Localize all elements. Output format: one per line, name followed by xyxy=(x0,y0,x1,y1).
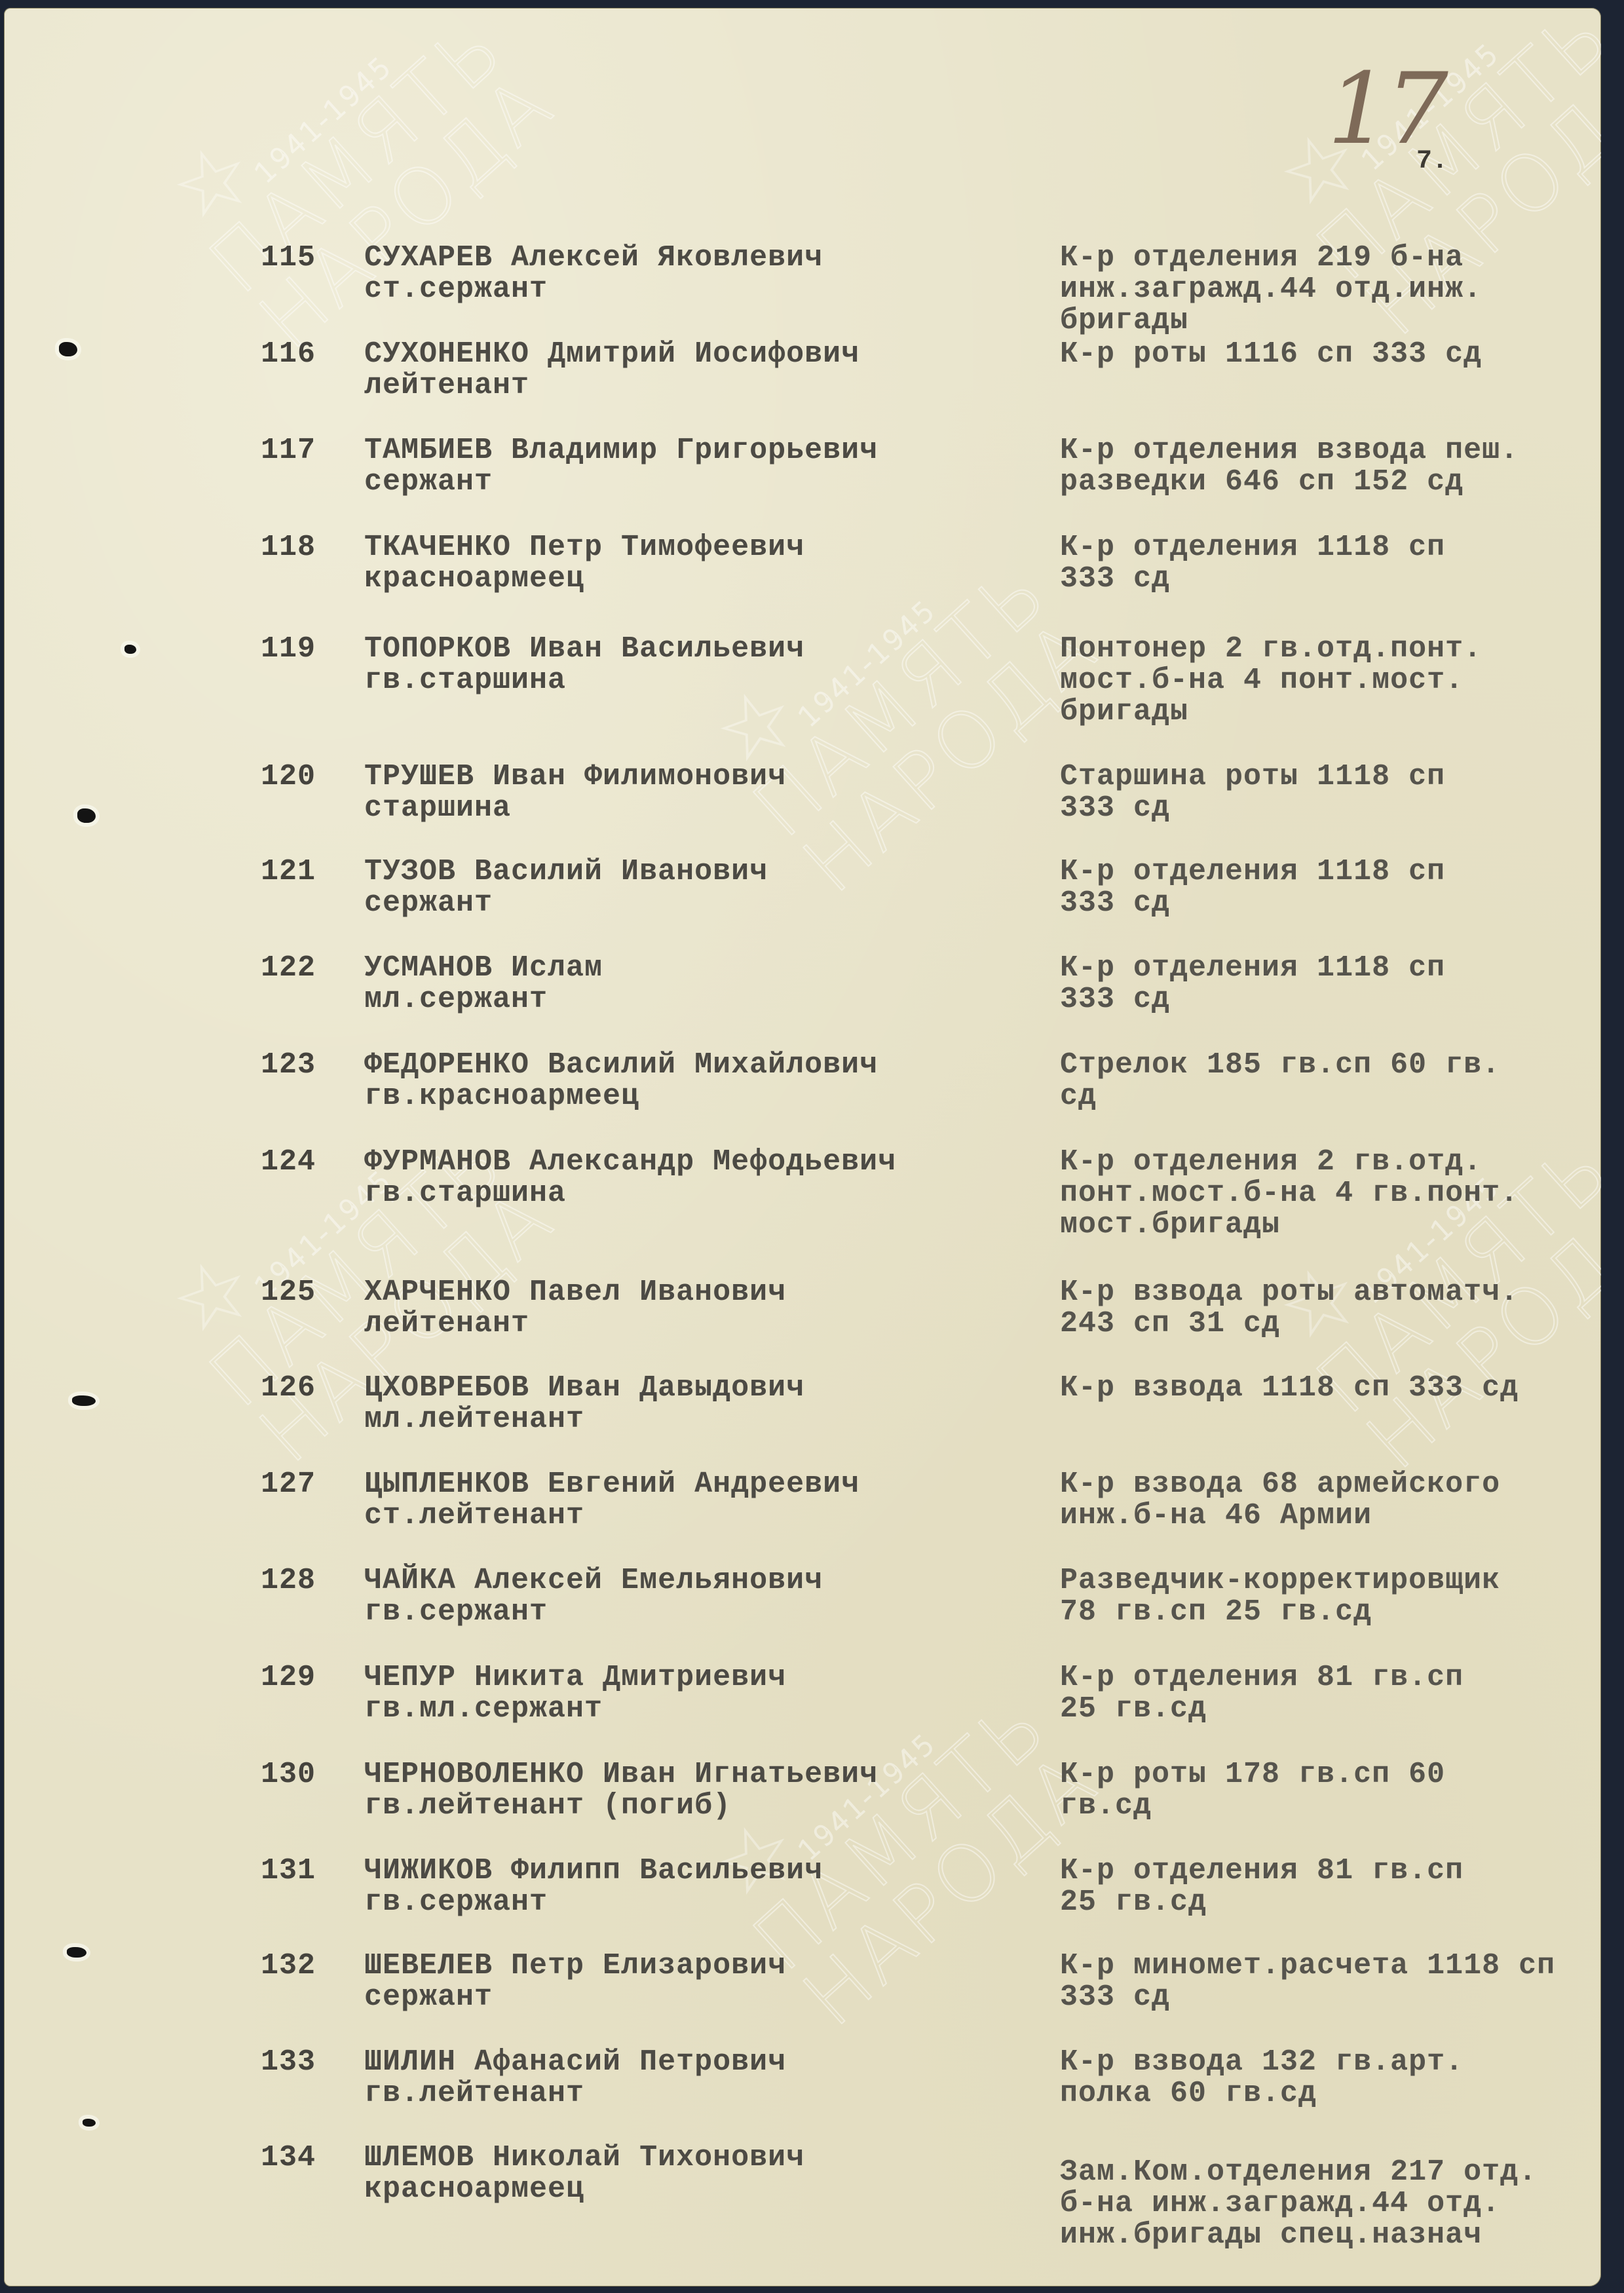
entry-position: К-р отделения взвода пеш. разведки 646 с… xyxy=(1060,435,1597,498)
entry-position: Зам.Ком.отделения 217 отд. б-на инж.загр… xyxy=(1060,2157,1597,2251)
entry-number: 128 xyxy=(261,1565,316,1597)
entry-name: ЧЕРНОВОЛЕНКО Иван Игнатьевич xyxy=(364,1759,878,1791)
entry-number: 130 xyxy=(261,1759,316,1791)
entry-number: 124 xyxy=(261,1146,316,1178)
entry-position: К-р миномет.расчета 1118 сп 333 сд xyxy=(1060,1950,1597,2013)
entry-number: 129 xyxy=(261,1662,316,1694)
entry-position: К-р отделения 1118 сп 333 сд xyxy=(1060,856,1597,919)
entry-rank: лейтенант xyxy=(364,1308,529,1340)
entry-rank: мл.сержант xyxy=(364,984,548,1015)
entry-position: Стрелок 185 гв.сп 60 гв. сд xyxy=(1060,1050,1597,1112)
entry-name: ЧИЖИКОВ Филипп Васильевич xyxy=(364,1855,823,1887)
entry-position: К-р взвода роты автоматч. 243 сп 31 сд xyxy=(1060,1277,1597,1340)
entry-rank: красноармеец xyxy=(364,2174,584,2205)
entry-rank: гв.старшина xyxy=(364,665,566,696)
entry-name: ТКАЧЕНКО Петр Тимофеевич xyxy=(364,532,804,563)
entry-name: ЧАЙКА Алексей Емельянович xyxy=(364,1565,823,1597)
entry-number: 133 xyxy=(261,2047,316,2078)
entry-name: ШИЛИН Афанасий Петрович xyxy=(364,2047,786,2078)
entry-number: 117 xyxy=(261,435,316,466)
entry-number: 119 xyxy=(261,634,316,665)
entry-rank: ст.сержант xyxy=(364,274,548,305)
entry-position: К-р отделения 81 гв.сп 25 гв.сд xyxy=(1060,1662,1597,1725)
entry-rank: ст.лейтенант xyxy=(364,1500,584,1532)
entry-number: 132 xyxy=(261,1950,316,1982)
entry-number: 123 xyxy=(261,1050,316,1081)
entry-rank: сержант xyxy=(364,888,493,919)
entry-rank: гв.старшина xyxy=(364,1178,566,1209)
entry-position: К-р роты 178 гв.сп 60 гв.сд xyxy=(1060,1759,1597,1822)
entry-position: К-р взвода 132 гв.арт. полка 60 гв.сд xyxy=(1060,2047,1597,2110)
entry-rank: сержант xyxy=(364,466,493,498)
entry-rank: гв.мл.сержант xyxy=(364,1694,603,1725)
entry-name: ЧЕПУР Никита Дмитриевич xyxy=(364,1662,786,1694)
entry-name: ТУЗОВ Василий Иванович xyxy=(364,856,768,888)
entry-number: 120 xyxy=(261,761,316,793)
entry-position: К-р отделения 2 гв.отд. понт.мост.б-на 4… xyxy=(1060,1146,1597,1241)
entry-name: ЦХОВРЕБОВ Иван Давыдович xyxy=(364,1373,804,1404)
entry-name: ФЕДОРЕНКО Василий Михайлович xyxy=(364,1050,878,1081)
entry-name: УСМАНОВ Ислам xyxy=(364,953,603,984)
entry-name: СУХОНЕНКО Дмитрий Иосифович xyxy=(364,339,859,370)
entry-position: К-р отделения 1118 сп 333 сд xyxy=(1060,532,1597,595)
entry-rank: гв.сержант xyxy=(364,1887,548,1918)
entry-number: 118 xyxy=(261,532,316,563)
entry-rank: гв.лейтенант xyxy=(364,2078,584,2110)
entry-name: ХАРЧЕНКО Павел Иванович xyxy=(364,1277,786,1308)
entry-number: 131 xyxy=(261,1855,316,1887)
entry-position: Разведчик-корректировщик 78 гв.сп 25 гв.… xyxy=(1060,1565,1597,1628)
entry-position: К-р отделения 219 б-на инж.загражд.44 от… xyxy=(1060,242,1597,337)
entry-number: 121 xyxy=(261,856,316,888)
entry-number: 134 xyxy=(261,2142,316,2174)
document-page: ☆ 1941-1945 ПАМЯТЬ НАРОДА ☆ 1941-1945 ПА… xyxy=(4,8,1601,2286)
entry-rank: мл.лейтенант xyxy=(364,1404,584,1435)
entry-number: 126 xyxy=(261,1373,316,1404)
entry-position: К-р взвода 68 армейского инж.б-на 46 Арм… xyxy=(1060,1469,1597,1532)
entry-name: ШЕВЕЛЕВ Петр Елизарович xyxy=(364,1950,786,1982)
entry-number: 122 xyxy=(261,953,316,984)
entry-position: К-р отделения 1118 сп 333 сд xyxy=(1060,953,1597,1015)
entry-number: 125 xyxy=(261,1277,316,1308)
entry-rank: красноармеец xyxy=(364,563,584,595)
entry-number: 116 xyxy=(261,339,316,370)
entry-rank: сержант xyxy=(364,1982,493,2013)
entry-name: ТРУШЕВ Иван Филимонович xyxy=(364,761,786,793)
entry-name: СУХАРЕВ Алексей Яковлевич xyxy=(364,242,823,274)
entry-position: Понтонер 2 гв.отд.понт. мост.б-на 4 понт… xyxy=(1060,634,1597,728)
entry-name: ФУРМАНОВ Александр Мефодьевич xyxy=(364,1146,896,1178)
entry-number: 115 xyxy=(261,242,316,274)
entry-position: К-р роты 1116 сп 333 сд xyxy=(1060,339,1597,370)
award-list: 115 СУХАРЕВ Алексей Яковлевич ст.сержант… xyxy=(4,8,1601,2286)
entry-name: ЦЫПЛЕНКОВ Евгений Андреевич xyxy=(364,1469,859,1500)
entry-rank: гв.красноармеец xyxy=(364,1081,639,1112)
entry-name: ШЛЕМОВ Николай Тихонович xyxy=(364,2142,804,2174)
entry-rank: лейтенант xyxy=(364,370,529,402)
entry-rank: старшина xyxy=(364,793,511,824)
entry-position: Старшина роты 1118 сп 333 сд xyxy=(1060,761,1597,824)
entry-name: ТАМБИЕВ Владимир Григорьевич xyxy=(364,435,878,466)
entry-rank: гв.лейтенант (погиб) xyxy=(364,1791,731,1822)
entry-position: К-р отделения 81 гв.сп 25 гв.сд xyxy=(1060,1855,1597,1918)
entry-position: К-р взвода 1118 сп 333 сд xyxy=(1060,1373,1597,1404)
entry-rank: гв.сержант xyxy=(364,1597,548,1628)
entry-number: 127 xyxy=(261,1469,316,1500)
entry-name: ТОПОРКОВ Иван Васильевич xyxy=(364,634,804,665)
